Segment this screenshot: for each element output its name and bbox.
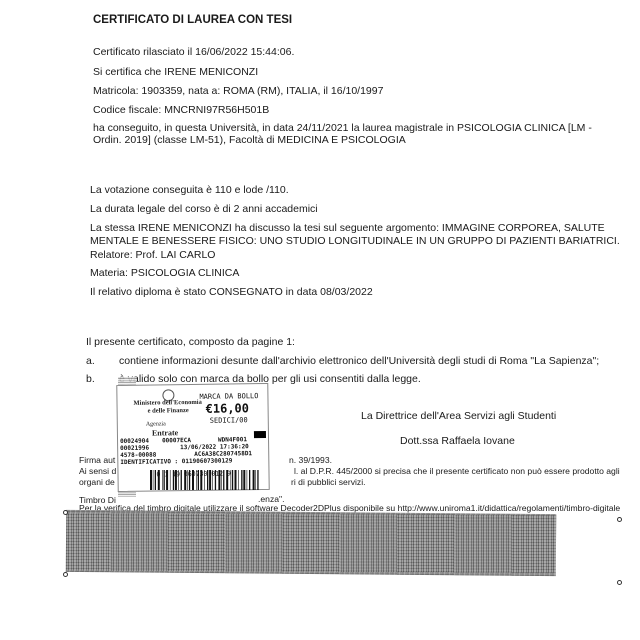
duration-line: La durata legale del corso è di 2 anni a…: [90, 203, 318, 216]
footer-organi-right: ri di pubblici servizi.: [291, 477, 366, 488]
stamp-label: MARCA DA BOLLO: [199, 392, 258, 401]
corner-handle: [63, 510, 68, 515]
codice-fiscale: Codice fiscale: MNCRNI97R56H501B: [93, 104, 269, 117]
item-a-text: contiene informazioni desunte dall'archi…: [119, 355, 599, 368]
item-a-marker: a.: [86, 355, 95, 368]
subject-line: Materia: PSICOLOGIA CLINICA: [90, 267, 239, 280]
footer-sensi-left: Ai sensi d: [79, 466, 116, 477]
stamp-amount: €16,00: [206, 401, 250, 416]
footer-firma-right: n. 39/1993.: [289, 455, 332, 466]
stamp-agency-1: Agenzia: [146, 421, 166, 427]
thesis-line-2: MENTALE E BENESSERE FISICO: UNO STUDIO L…: [90, 235, 620, 248]
redacted-digital-stamp: [66, 510, 557, 576]
footer-organi-left: organi de: [79, 477, 115, 488]
footer-firma-left: Firma aut: [79, 455, 115, 466]
stamp-ministry-2: e delle Finanze: [148, 407, 189, 415]
corner-handle: [617, 517, 622, 522]
stamp-amount-words: SEDICI/00: [210, 416, 248, 425]
achievement-line-2: Ordin. 2019] (classe LM-51), Facoltà di …: [93, 134, 406, 147]
corner-handle: [63, 572, 68, 577]
matricola-line: Matricola: 1903359, nata a: ROMA (RM), I…: [93, 85, 383, 98]
grade-line: La votazione conseguita è 110 e lode /11…: [90, 184, 289, 197]
stamp-barcode: [150, 470, 260, 490]
thesis-line-1: La stessa IRENE MENICONZI ha discusso la…: [90, 222, 605, 235]
stamp-agency-2: Entrate: [152, 428, 178, 437]
footer-sensi-right: l. al D.P.R. 445/2000 si precisa che il …: [294, 466, 620, 477]
document-title: CERTIFICATO DI LAUREA CON TESI: [93, 14, 292, 26]
stamp-ministry-1: Ministero dell'Economia: [133, 399, 201, 407]
item-b-marker: b.: [86, 373, 95, 386]
stamp-identifier: IDENTIFICATIVO : 01190607300129: [120, 457, 232, 466]
issued-date: Certificato rilasciato il 16/06/2022 15:…: [93, 46, 294, 59]
signature-name: Dott.ssa Raffaela Iovane: [400, 435, 515, 447]
signature-role: La Direttrice dell'Area Servizi agli Stu…: [361, 410, 556, 422]
certifies-line: Si certifica che IRENE MENICONZI: [93, 66, 258, 79]
composed-line: Il presente certificato, composto da pag…: [86, 336, 295, 349]
diploma-line: Il relativo diploma è stato CONSEGNATO i…: [90, 286, 373, 299]
corner-handle: [617, 580, 622, 585]
supervisor-line: Relatore: Prof. LAI CARLO: [90, 249, 215, 262]
stamp-black-mark: [254, 431, 266, 438]
